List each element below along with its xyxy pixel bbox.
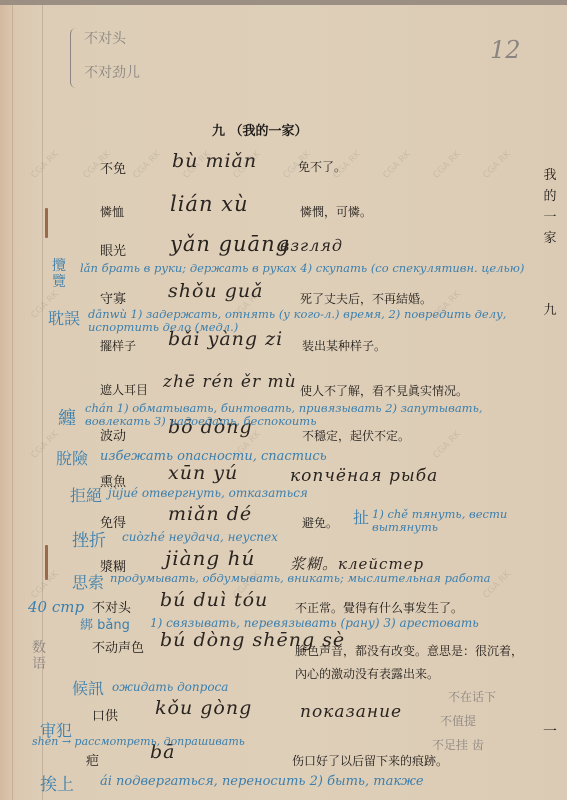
annotation-text: 1) chě тянуть, вести вытянуть bbox=[372, 508, 532, 534]
side-chapter-number: 九 bbox=[542, 300, 558, 321]
pencil-note: 不在话下 bbox=[448, 688, 496, 705]
annotation-text: lǎn брать в руки; держать в руках 4) ску… bbox=[80, 262, 540, 275]
entry-term: 遮人耳目 bbox=[100, 381, 148, 398]
entry-term: 眼光 bbox=[100, 240, 126, 259]
annotation-chinese: 拒絕 bbox=[70, 483, 102, 506]
entry-pinyin: xūn yú bbox=[168, 462, 238, 484]
entry-term: 擺样子 bbox=[100, 337, 136, 354]
entry-definition: 避免。 bbox=[302, 514, 338, 531]
side-vertical-title: 我 的 一 家 bbox=[542, 165, 558, 249]
annotation-chinese: 挨上 bbox=[40, 770, 74, 795]
page-margin-line bbox=[42, 5, 43, 800]
entry-pinyin: lián xù bbox=[170, 192, 249, 216]
entry-term: 不免 bbox=[100, 158, 126, 177]
entry-definition: 死了丈夫后，不再結婚。 bbox=[300, 290, 432, 307]
page-title: 九 （我的一家） bbox=[212, 120, 308, 139]
page-top-edge bbox=[0, 0, 567, 5]
annotation-text: shěn → рассмотреть, допрашивать bbox=[32, 735, 245, 748]
annotation-chinese: 纏 bbox=[58, 404, 76, 430]
annotation-chinese: 耽誤 bbox=[48, 306, 80, 329]
annotation-text: dānwù 1) задержать, отнять (у кого-л.) в… bbox=[88, 308, 538, 334]
annotation-page-ref: 40 стр bbox=[28, 598, 84, 616]
entry-definition: 装出某种样子。 bbox=[302, 337, 386, 354]
entry-definition: взгляд bbox=[280, 236, 343, 255]
annotation-text: ái подвергаться, переносить 2) быть, так… bbox=[100, 774, 424, 789]
watermark: CGA RK bbox=[30, 149, 61, 180]
margin-mark bbox=[45, 208, 48, 238]
watermark: CGA RK bbox=[432, 429, 463, 460]
entry-pinyin: yǎn guāng bbox=[170, 232, 290, 256]
annotation-chinese: 思索 bbox=[72, 570, 104, 593]
annotation-text: cuòzhé неудача, неуспех bbox=[122, 530, 278, 544]
pencil-brace bbox=[70, 28, 79, 88]
pencil-note: 不值提 bbox=[440, 712, 476, 729]
entry-pinyin: kǒu gòng bbox=[155, 697, 252, 719]
entry-definition: 免不了。 bbox=[298, 158, 346, 175]
entry-definition: показание bbox=[300, 702, 402, 722]
watermark: CGA RK bbox=[132, 149, 163, 180]
annotation-text: 1) связывать, перевязывать (рану) 3) аре… bbox=[150, 616, 479, 630]
entry-pinyin: shǒu guǎ bbox=[168, 280, 263, 302]
entry-definition: 憐憫，可憐。 bbox=[300, 203, 372, 220]
entry-pinyin: jiàng hú bbox=[165, 546, 255, 570]
entry-pinyin: bù miǎn bbox=[172, 150, 257, 172]
entry-pinyin: bú duì tóu bbox=[160, 589, 268, 611]
watermark: CGA RK bbox=[382, 149, 413, 180]
annotation-chinese: 挫折 bbox=[72, 526, 106, 551]
document-page: CGA RK CGA RK CGA RK CGA RK CGA RK CGA R… bbox=[0, 0, 567, 800]
pencil-note: 不对劲儿 bbox=[84, 62, 140, 82]
entry-term: 不动声色 bbox=[92, 637, 144, 656]
page-fold-line bbox=[12, 5, 13, 800]
watermark: CGA RK bbox=[432, 149, 463, 180]
entry-definition: 伤口好了以后留下来的痕跡。 bbox=[292, 752, 448, 769]
annotation-text: jùjué отвергнуть, отказаться bbox=[108, 486, 308, 500]
annotation-text: ожидать допроса bbox=[112, 680, 228, 694]
annotation-text: продумывать, обдумывать, вникать; мыслит… bbox=[110, 572, 520, 585]
pencil-note: 不足挂 齿 bbox=[432, 736, 484, 753]
entry-term: 口供 bbox=[92, 705, 118, 724]
entry-term: 疤 bbox=[86, 750, 99, 769]
annotation-text: избежать опасности, спастись bbox=[100, 449, 327, 464]
entry-definition: 不正常。覺得有什么事发生了。 bbox=[295, 599, 463, 616]
pencil-note: 数语 bbox=[32, 640, 48, 672]
pencil-note: 不对头 bbox=[84, 28, 126, 48]
entry-pinyin: miǎn dé bbox=[168, 503, 252, 525]
entry-definition: 臉色声音，都没有改变。意思是：很沉着，內心的激动没有表露出来。 bbox=[295, 640, 530, 686]
annotation-chinese: 綁 bǎng bbox=[80, 614, 130, 633]
annotation-chinese: 脫險 bbox=[56, 446, 88, 469]
entry-definition: копчёная рыба bbox=[290, 466, 438, 486]
annotation-chinese: 扯 bbox=[353, 505, 369, 528]
entry-term: 守寡 bbox=[100, 288, 126, 307]
page-number: 12 bbox=[490, 36, 521, 64]
entry-term: 憐恤 bbox=[100, 203, 124, 220]
watermark: CGA RK bbox=[482, 149, 513, 180]
entry-pinyin: zhē rén ěr mù bbox=[163, 372, 297, 392]
side-bottom-mark: 一 bbox=[542, 722, 558, 743]
annotation-chinese: 候訊 bbox=[72, 676, 104, 699]
annotation-text: chán 1) обматывать, бинтовать, привязыва… bbox=[85, 402, 545, 428]
margin-mark bbox=[45, 545, 48, 580]
entry-definition: 不穩定，起伏不定。 bbox=[302, 427, 410, 444]
annotation-chinese: 攬 覽 bbox=[52, 258, 68, 290]
entry-definition: 使人不了解，看不見眞实情况。 bbox=[300, 382, 468, 399]
